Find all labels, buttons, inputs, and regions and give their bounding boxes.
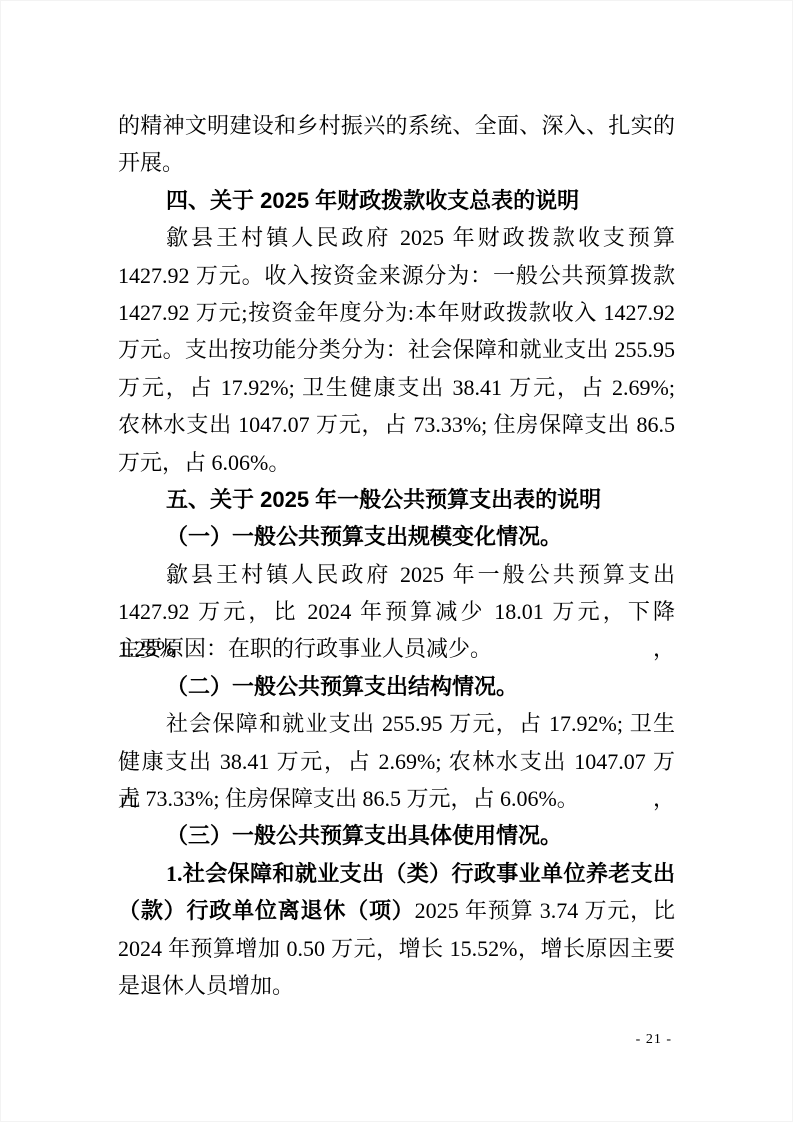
text-segment: 歙县王村镇人民政府 2025 年财政拨款收支预算 [166, 225, 675, 250]
text-line: 歙县王村镇人民政府 2025 年财政拨款收支预算 [118, 219, 675, 256]
text-line: 开展。 [118, 144, 675, 181]
text-line: 是退休人员增加。 [118, 967, 675, 1004]
text-segment: 五、关于 2025 年一般公共预算支出表的说明 [166, 487, 601, 512]
text-line: 1427.92 万元，比 2024 年预算减少 18.01 万元，下降 1.25… [118, 593, 675, 630]
text-line: 农林水支出 1047.07 万元，占 73.33%; 住房保障支出 86.5 [118, 406, 675, 443]
text-segment: （款）行政单位离退休（项） [118, 898, 415, 923]
text-segment: 四、关于 2025 年财政拨款收支总表的说明 [166, 188, 579, 213]
text-line: 1427.92 万元。收入按资金来源分为：一般公共预算拨款 [118, 257, 675, 294]
text-segment: 1.社会保障和就业支出（类）行政事业单位养老支出 [166, 861, 675, 886]
text-line: 健康支出 38.41 万元，占 2.69%; 农林水支出 1047.07 万元， [118, 743, 675, 780]
text-segment: 1427.92 万元。收入按资金来源分为：一般公共预算拨款 [118, 263, 675, 288]
page-number: - 21 - [636, 1031, 672, 1049]
text-segment: 占 73.33%; 住房保障支出 86.5 万元，占 6.06%。 [118, 786, 579, 811]
text-line: （二）一般公共预算支出结构情况。 [118, 668, 675, 705]
text-line: 歙县王村镇人民政府 2025 年一般公共预算支出 [118, 556, 675, 593]
text-segment: 万元，占 6.06%。 [118, 450, 290, 475]
text-segment: （二）一般公共预算支出结构情况。 [166, 674, 518, 699]
text-line: 五、关于 2025 年一般公共预算支出表的说明 [118, 481, 675, 518]
text-line: 2024 年预算增加 0.50 万元，增长 15.52%，增长原因主要 [118, 930, 675, 967]
text-segment: 1427.92 万元;按资金年度分为:本年财政拨款收入 1427.92 [118, 300, 675, 325]
text-line: 社会保障和就业支出 255.95 万元，占 17.92%; 卫生 [118, 705, 675, 742]
text-line: （一）一般公共预算支出规模变化情况。 [118, 518, 675, 555]
text-line: 万元。支出按功能分类分为：社会保障和就业支出 255.95 [118, 331, 675, 368]
text-line: 万元，占 17.92%; 卫生健康支出 38.41 万元，占 2.69%; [118, 369, 675, 406]
text-segment: 万元，占 17.92%; 卫生健康支出 38.41 万元，占 2.69%; [118, 375, 675, 400]
text-segment: 社会保障和就业支出 255.95 万元，占 17.92%; 卫生 [166, 711, 675, 736]
text-segment: 歙县王村镇人民政府 2025 年一般公共预算支出 [166, 562, 675, 587]
document-page: 的精神文明建设和乡村振兴的系统、全面、深入、扎实的开展。四、关于 2025 年财… [0, 0, 793, 1122]
text-line: 的精神文明建设和乡村振兴的系统、全面、深入、扎实的 [118, 107, 675, 144]
text-segment: 万元。支出按功能分类分为：社会保障和就业支出 255.95 [118, 337, 675, 362]
text-segment: 开展。 [118, 150, 184, 175]
text-segment: 的精神文明建设和乡村振兴的系统、全面、深入、扎实的 [118, 113, 675, 138]
text-segment: 主要原因：在职的行政事业人员减少。 [118, 636, 492, 661]
text-line: （三）一般公共预算支出具体使用情况。 [118, 817, 675, 854]
text-segment: 农林水支出 1047.07 万元，占 73.33%; 住房保障支出 86.5 [118, 412, 675, 437]
text-segment: 2025 年预算 3.74 万元，比 [415, 898, 675, 923]
text-segment: 2024 年预算增加 0.50 万元，增长 15.52%，增长原因主要 [118, 936, 675, 961]
text-segment: （一）一般公共预算支出规模变化情况。 [166, 524, 562, 549]
text-segment: 是退休人员增加。 [118, 973, 294, 998]
text-segment: （三）一般公共预算支出具体使用情况。 [166, 823, 562, 848]
text-line: （款）行政单位离退休（项）2025 年预算 3.74 万元，比 [118, 892, 675, 929]
text-line: 万元，占 6.06%。 [118, 444, 675, 481]
text-line: 四、关于 2025 年财政拨款收支总表的说明 [118, 182, 675, 219]
text-line: 1.社会保障和就业支出（类）行政事业单位养老支出 [118, 855, 675, 892]
text-line: 1427.92 万元;按资金年度分为:本年财政拨款收入 1427.92 [118, 294, 675, 331]
text-content: 的精神文明建设和乡村振兴的系统、全面、深入、扎实的开展。四、关于 2025 年财… [118, 107, 675, 1004]
